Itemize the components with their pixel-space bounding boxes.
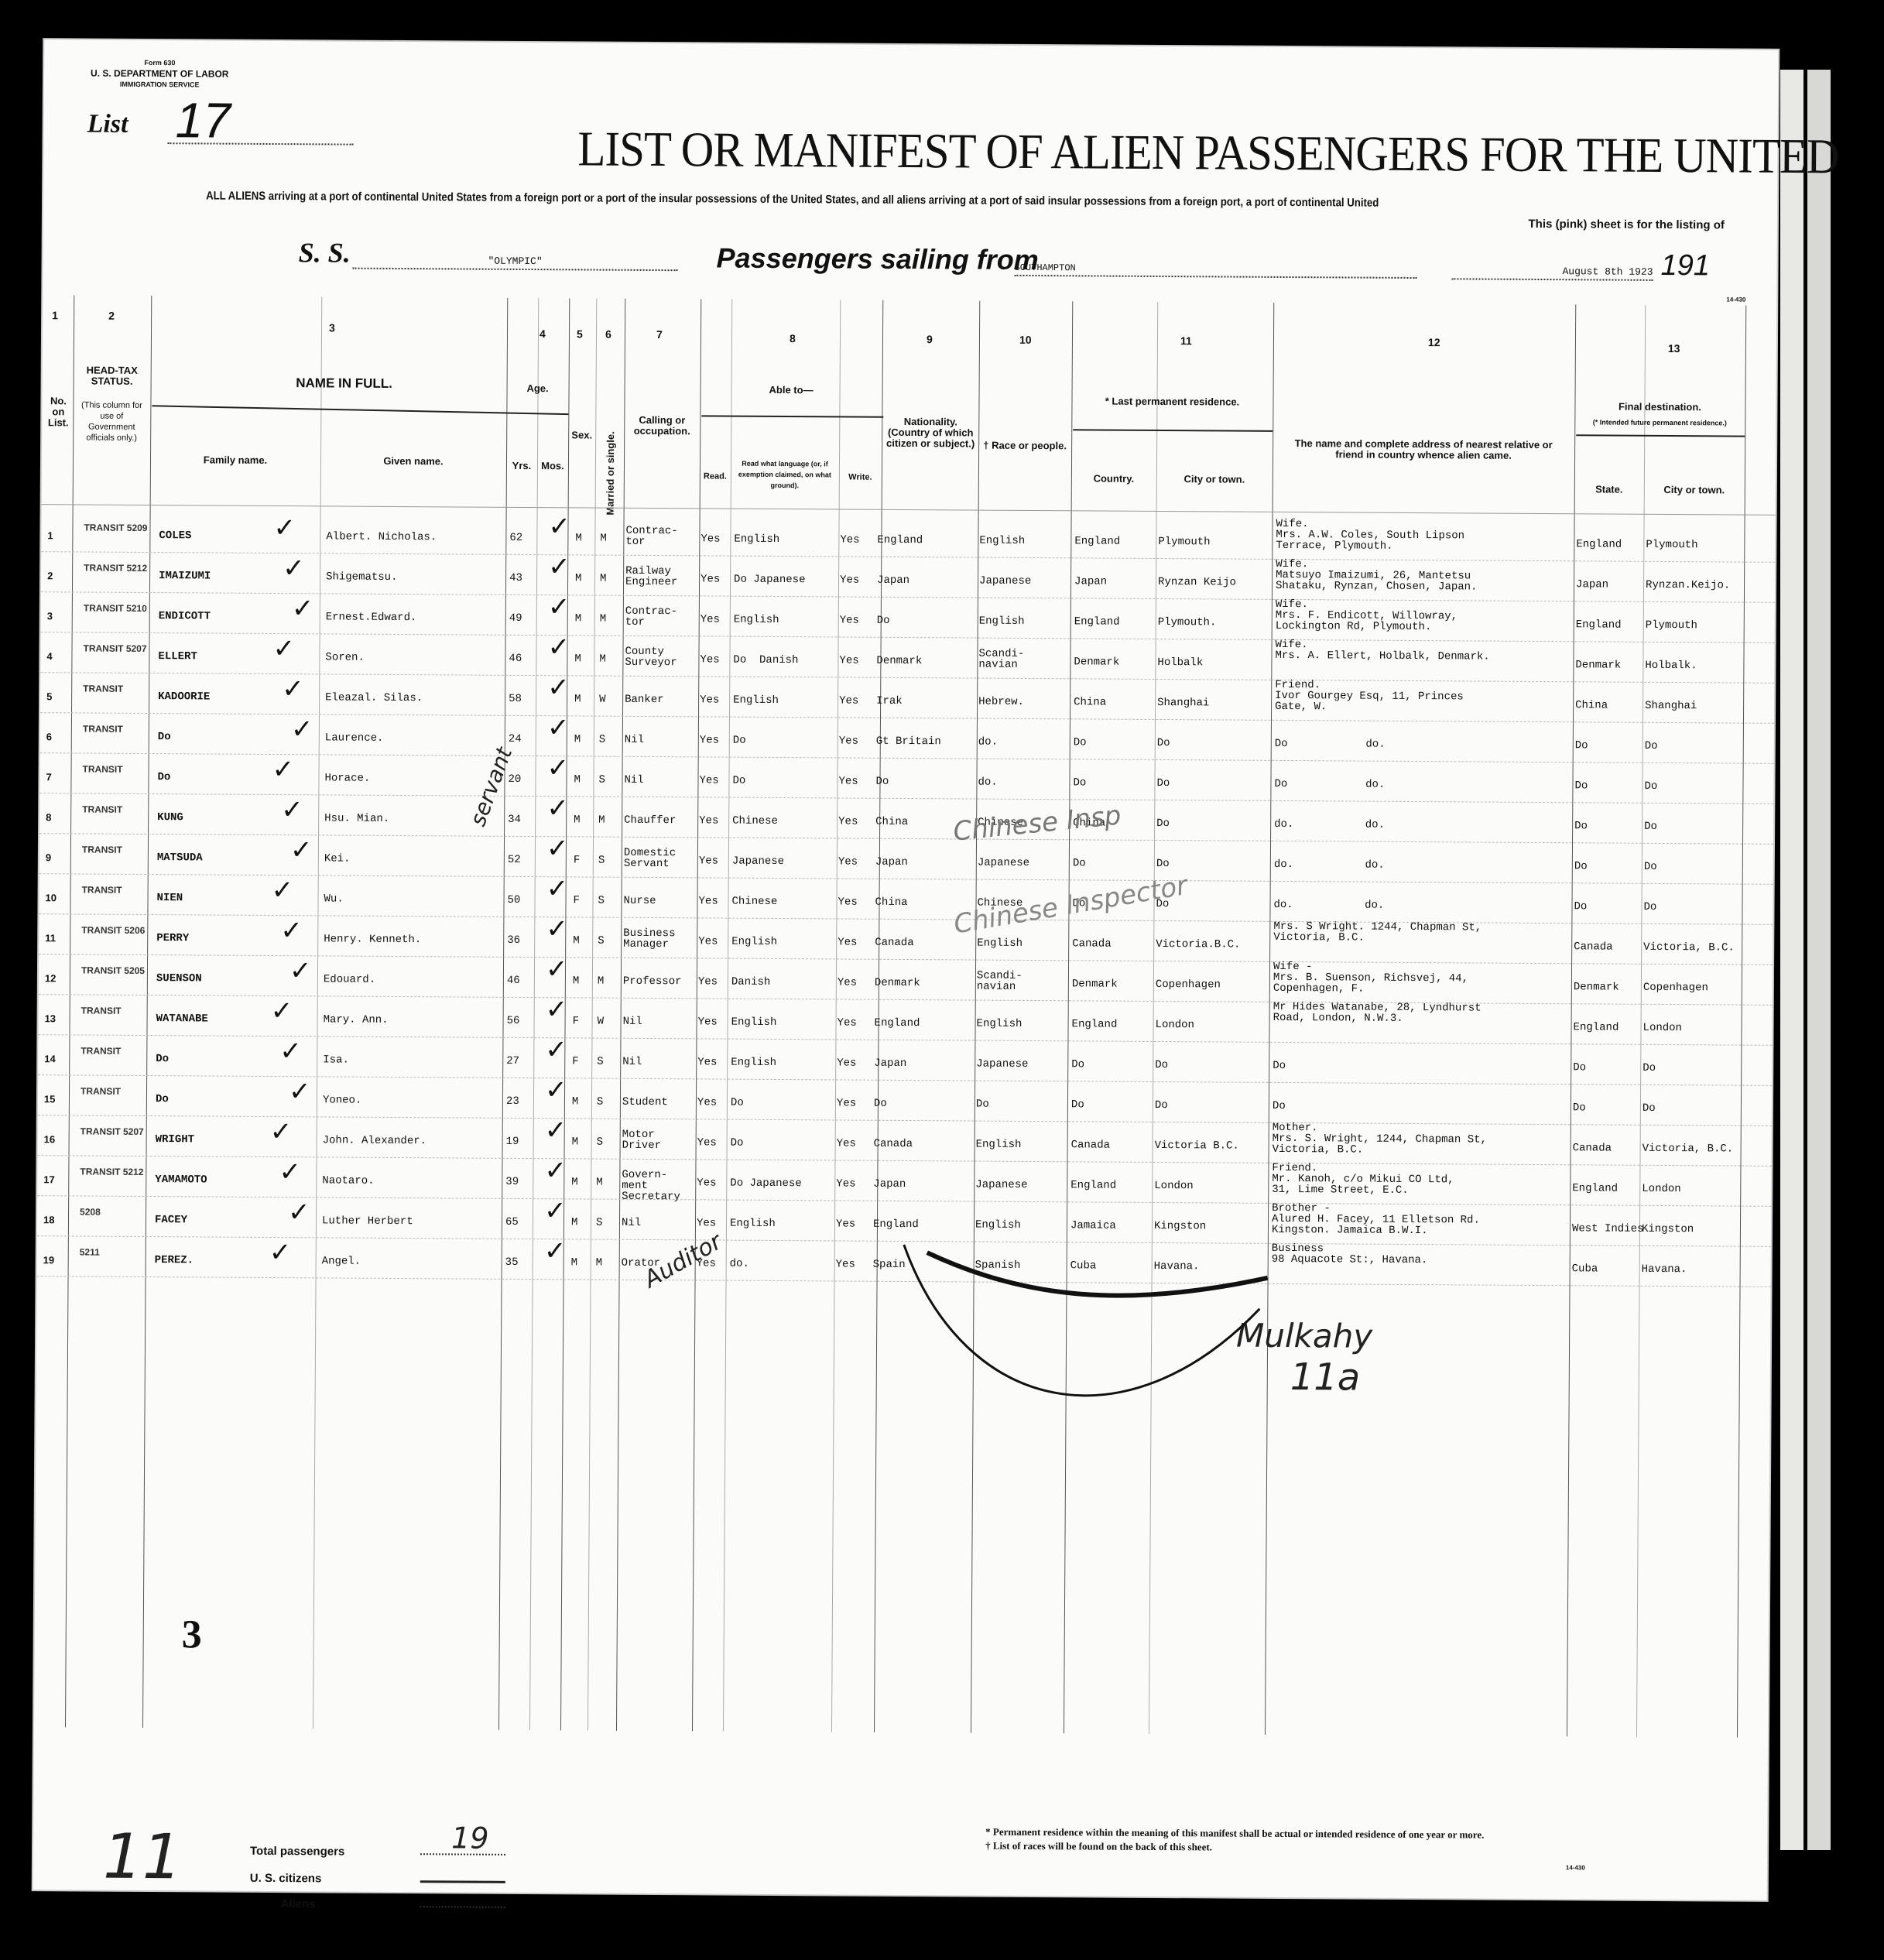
col-num-10: 10	[1019, 334, 1032, 346]
nearest-relative: Wife. Mrs. A. Ellert, Holbalk, Denmark.	[1275, 639, 1489, 663]
race: English	[979, 536, 1025, 547]
age-years: 19	[506, 1136, 519, 1147]
given-name: Yoneo.	[323, 1095, 362, 1105]
nationality: China	[875, 817, 908, 828]
marital-status: S	[597, 1057, 603, 1067]
occupation: Nil	[622, 1057, 642, 1067]
destination-state: Denmark	[1574, 982, 1619, 992]
row-number: 5	[46, 690, 52, 702]
race: do.	[978, 737, 998, 748]
checkmark-icon: ✓	[545, 1074, 567, 1105]
can-read: Yes	[700, 654, 719, 665]
race: English	[979, 616, 1025, 627]
destination-state: Do	[1573, 1062, 1586, 1073]
total-passengers-label: Total passengers	[250, 1845, 344, 1859]
nearest-relative: Mother. Mrs. S. Wright, 1244, Chapman St…	[1273, 1122, 1488, 1156]
nationality: Do	[875, 776, 889, 787]
row-number: 19	[43, 1254, 55, 1266]
nationality: Japan	[873, 1179, 906, 1190]
checkmark-icon: ✓	[269, 1237, 292, 1268]
family-name: COLES	[159, 530, 191, 541]
list-number: 17	[175, 91, 231, 149]
given-name: Soren.	[325, 652, 365, 663]
can-read: Yes	[697, 1097, 717, 1108]
row-number: 14	[44, 1053, 56, 1064]
head-tax-status: TRANSIT 5205	[81, 965, 145, 976]
residence-city: London	[1156, 1019, 1195, 1030]
checkmark-icon: ✓	[546, 994, 568, 1025]
can-write: Yes	[837, 1057, 856, 1068]
given-name: John. Alexander.	[323, 1135, 427, 1146]
read-language: Chinese	[732, 816, 778, 827]
destination-city: Plymouth	[1646, 540, 1697, 550]
family-name: Do	[158, 732, 171, 742]
residence-city: Copenhagen	[1156, 979, 1221, 991]
head-tax-status: TRANSIT	[82, 884, 122, 895]
sex: F	[572, 1056, 578, 1067]
residence-country: Do	[1071, 1099, 1084, 1110]
checkmark-icon: ✓	[548, 591, 570, 622]
residence-city: Do	[1157, 738, 1170, 749]
given-name: Horace.	[324, 773, 370, 783]
sex: M	[574, 774, 580, 785]
can-write: Yes	[839, 695, 858, 706]
given-name: Isa.	[323, 1054, 349, 1065]
sheet-code-top: 14-430	[1726, 296, 1745, 303]
race: Hebrew.	[978, 697, 1024, 708]
checkmark-icon: ✓	[271, 875, 293, 906]
col-num-8: 8	[790, 332, 796, 344]
header-last-residence: * Last permanent residence.	[1071, 396, 1273, 408]
race: English	[977, 1019, 1022, 1030]
sex: M	[573, 935, 579, 946]
family-name: FACEY	[155, 1215, 187, 1225]
sex: F	[573, 895, 579, 906]
header-married-single: Married or single.	[605, 399, 617, 516]
nearest-relative: do. do.	[1274, 819, 1385, 831]
residence-country: England	[1070, 1180, 1116, 1191]
occupation: Nil	[625, 735, 644, 745]
can-write: Yes	[838, 896, 857, 907]
age-years: 36	[507, 935, 520, 946]
age-years: 58	[509, 694, 522, 704]
residence-country: Canada	[1071, 1139, 1111, 1150]
marital-status: M	[600, 574, 606, 584]
can-read: Yes	[697, 1177, 716, 1188]
checkmark-icon: ✓	[289, 1076, 311, 1107]
checkmark-icon: ✓	[546, 752, 569, 783]
head-tax-status: TRANSIT 5212	[80, 1166, 143, 1177]
read-language: Do	[731, 1098, 744, 1108]
can-write: Yes	[838, 1017, 857, 1028]
residence-city: Do	[1156, 858, 1170, 869]
marital-status: M	[598, 815, 605, 826]
sex: M	[574, 653, 581, 664]
family-name: PERRY	[156, 933, 189, 944]
sheet-code-bottom: 14-430	[1566, 1864, 1585, 1871]
residence-country: Do	[1073, 777, 1086, 788]
row-number: 16	[44, 1133, 56, 1145]
destination-city: Do	[1644, 781, 1657, 792]
destination-city: London	[1643, 1023, 1683, 1033]
family-name: WATANABE	[156, 1013, 208, 1024]
age-years: 34	[508, 814, 521, 825]
given-name: Mary. Ann.	[324, 1014, 389, 1026]
marital-status: S	[598, 855, 605, 866]
sex: M	[572, 1136, 578, 1147]
header-family-name: Family name.	[158, 454, 313, 466]
age-years: 20	[508, 774, 521, 785]
header-calling: Calling or occupation.	[624, 415, 700, 437]
underlying-page-edge	[1780, 70, 1804, 1850]
residence-city: Plymouth	[1158, 536, 1210, 547]
given-name: Laurence.	[325, 732, 384, 743]
bottom-left-mark: 11	[103, 1821, 182, 1893]
destination-state: England	[1576, 539, 1622, 550]
underlying-page-edge	[1807, 70, 1831, 1850]
can-write: Yes	[839, 735, 858, 746]
can-write: Yes	[838, 776, 858, 786]
row-number: 17	[43, 1174, 55, 1185]
destination-city: Holbalk.	[1645, 660, 1697, 671]
can-write: Yes	[836, 1259, 855, 1270]
destination-state: England	[1574, 1022, 1619, 1033]
head-tax-status: TRANSIT 5210	[84, 603, 147, 615]
checkmark-icon: ✓	[547, 632, 570, 663]
residence-city: Holbalk	[1157, 657, 1203, 668]
row-number: 1	[47, 529, 53, 541]
row-number: 6	[46, 731, 52, 742]
residence-city: Victoria B.C.	[1155, 1140, 1239, 1152]
nationality: Denmark	[876, 656, 922, 666]
aliens-label: Aliens	[281, 1897, 316, 1910]
instructions-line: ALL ALIENS arriving at a port of contine…	[206, 189, 1541, 211]
col-num-6: 6	[605, 328, 611, 341]
residence-country: Denmark	[1072, 978, 1118, 989]
destination-city: Shanghai	[1645, 701, 1697, 711]
family-name: Do	[157, 772, 170, 783]
given-name: Eleazal. Silas.	[325, 692, 423, 704]
age-years: 52	[508, 855, 521, 865]
sex: M	[575, 533, 581, 543]
residence-country: Do	[1071, 1059, 1084, 1070]
checkmark-icon: ✓	[281, 794, 303, 825]
destination-city: Plymouth	[1646, 620, 1697, 631]
checkmark-icon: ✓	[288, 1197, 310, 1228]
head-tax-status: TRANSIT 5207	[83, 643, 146, 655]
marital-status: S	[598, 896, 604, 906]
checkmark-icon: ✓	[544, 1155, 567, 1186]
nearest-relative: Wife. Mrs. A.W. Coles, South Lipson Terr…	[1276, 519, 1464, 552]
marital-status: M	[600, 614, 606, 625]
residence-country: Denmark	[1074, 656, 1119, 667]
marital-status: M	[599, 654, 605, 665]
header-months: Mos.	[537, 461, 568, 471]
marital-status: S	[596, 1218, 602, 1228]
destination-city: Do	[1643, 1063, 1656, 1074]
read-language: Do	[731, 1138, 744, 1149]
nationality: Japan	[875, 857, 908, 868]
header-relative: The name and complete address of nearest…	[1280, 438, 1567, 461]
destination-state: Japan	[1576, 579, 1608, 590]
marital-status: M	[596, 1177, 602, 1188]
age-years: 46	[507, 975, 520, 986]
destination-city: Do	[1643, 1103, 1656, 1114]
header-name-in-full: NAME IN FULL.	[151, 377, 538, 390]
checkmark-icon: ✓	[548, 511, 570, 542]
occupation: Railway Engineer	[625, 566, 677, 588]
nearest-relative: Do	[1273, 1101, 1286, 1112]
checkmark-icon: ✓	[545, 1034, 567, 1065]
marital-status: S	[599, 735, 605, 745]
checkmark-icon: ✓	[280, 915, 303, 946]
head-tax-status: TRANSIT	[80, 1045, 121, 1056]
marital-status: M	[596, 1258, 602, 1269]
family-name: ENDICOTT	[159, 611, 211, 622]
sex: M	[572, 1096, 578, 1107]
nationality: England	[877, 535, 923, 546]
sex: F	[574, 855, 580, 865]
destination-city: Do	[1645, 741, 1658, 752]
checkmark-icon: ✓	[547, 712, 570, 743]
ship-name: "OLYMPIC"	[353, 255, 678, 272]
occupation: Professor	[623, 976, 682, 987]
nationality: Japan	[877, 575, 909, 586]
destination-state: Do	[1574, 780, 1588, 791]
nearest-relative: Wife. Mrs. F. Endicott, Willowray, Locki…	[1276, 599, 1458, 632]
header-read: Read.	[700, 471, 731, 481]
family-name: KUNG	[157, 812, 183, 823]
age-years: 39	[505, 1177, 519, 1187]
can-read: Yes	[701, 614, 720, 625]
can-write: Yes	[838, 977, 857, 988]
can-write: Yes	[836, 1218, 855, 1229]
instructions-line-2: This (pink) sheet is for the listing of	[1528, 218, 1724, 232]
race: Japanese	[979, 576, 1031, 587]
nationality: Irak	[876, 696, 903, 707]
checkmark-icon: ✓	[282, 673, 304, 704]
col-num-7: 7	[656, 328, 663, 341]
age-years: 35	[505, 1257, 519, 1268]
can-read: Yes	[699, 775, 718, 786]
nearest-relative: Friend. Ivor Gourgey Esq, 11, Princes Ga…	[1275, 680, 1464, 713]
age-years: 50	[507, 895, 520, 906]
row-number: 3	[47, 610, 53, 622]
given-name: Ernest.Edward.	[326, 612, 417, 623]
department: U. S. DEPARTMENT OF LABOR	[91, 68, 229, 80]
header-no-on-list: No. on List.	[43, 396, 73, 428]
ink-curve-icon	[872, 1214, 1307, 1448]
occupation: Nil	[624, 775, 643, 786]
family-name: MATSUDA	[157, 852, 203, 863]
nationality: England	[875, 1018, 920, 1029]
destination-city: Do	[1644, 821, 1657, 832]
header-final-destination-note: (* Intended future permanent residence.)	[1574, 416, 1745, 428]
read-language: English	[731, 937, 777, 947]
page-title: LIST OR MANIFEST OF ALIEN PASSENGERS FOR…	[577, 120, 1839, 185]
row-number: 15	[44, 1093, 56, 1105]
manifest-sheet: Form 630 U. S. DEPARTMENT OF LABOR IMMIG…	[33, 39, 1779, 1900]
checkmark-icon: ✓	[272, 633, 295, 664]
occupation: Chauffer	[624, 815, 676, 826]
sex: M	[571, 1217, 577, 1228]
sex: M	[574, 814, 580, 825]
residence-city: Shanghai	[1157, 697, 1209, 708]
given-name: Henry. Kenneth.	[324, 934, 421, 945]
us-citizens-label: U. S. citizens	[250, 1872, 322, 1886]
read-language: English	[734, 534, 779, 545]
head-tax-status: TRANSIT	[81, 1005, 122, 1016]
col-num-9: 9	[927, 333, 933, 345]
row-number: 12	[45, 972, 57, 984]
destination-state: Do	[1573, 1102, 1586, 1113]
page-marker: 3	[182, 1612, 202, 1657]
destination-city: London	[1642, 1184, 1681, 1194]
nationality: Japan	[874, 1058, 906, 1069]
marital-status: W	[598, 1016, 604, 1027]
family-name: KADOORIE	[158, 691, 210, 702]
family-name: PEREZ.	[155, 1255, 194, 1266]
race: Scandi- navian	[978, 649, 1024, 670]
checkmark-icon: ✓	[544, 1235, 567, 1266]
read-language: Chinese	[731, 896, 777, 907]
marital-status: W	[599, 694, 605, 705]
occupation: Domestic Servant	[624, 848, 676, 869]
can-read: Yes	[701, 533, 720, 544]
can-write: Yes	[840, 574, 859, 585]
family-name: ELLERT	[158, 651, 197, 662]
can-read: Yes	[697, 1057, 717, 1067]
nationality: Denmark	[875, 978, 920, 989]
age-years: 27	[506, 1056, 519, 1067]
age-years: 49	[509, 613, 522, 624]
head-tax-status: TRANSIT	[83, 763, 123, 774]
col-num-1: 1	[52, 309, 58, 321]
row-number: 13	[45, 1013, 57, 1024]
checkmark-icon: ✓	[548, 551, 570, 582]
header-state: State.	[1574, 484, 1644, 495]
can-write: Yes	[838, 856, 858, 867]
list-label: List	[87, 110, 128, 139]
read-language: do.	[730, 1259, 749, 1270]
residence-country: England	[1074, 536, 1120, 547]
occupation: Nurse	[623, 896, 656, 906]
nearest-relative: Wife. Matsuyo Imaizumi, 26, Mantetsu Sha…	[1276, 559, 1478, 593]
read-language: Do Japanese	[734, 574, 806, 586]
col-num-4: 4	[540, 327, 546, 340]
destination-city: Copenhagen	[1643, 982, 1708, 994]
nearest-relative: do. do.	[1273, 899, 1384, 911]
row-number: 11	[45, 932, 56, 944]
form-header: Form 630 U. S. DEPARTMENT OF LABOR IMMIG…	[91, 57, 229, 91]
residence-country: England	[1074, 616, 1120, 627]
family-name: NIEN	[157, 893, 183, 903]
occupation: Banker	[625, 694, 664, 705]
destination-state: Cuba	[1572, 1263, 1598, 1274]
destination-state: China	[1575, 700, 1608, 711]
passenger-rows: 1TRANSIT 5209✓✓COLESAlbert. Nicholas.62M…	[43, 295, 1776, 306]
col-num-5: 5	[577, 327, 583, 340]
given-name: Albert. Nicholas.	[326, 531, 437, 543]
marital-status: M	[600, 533, 606, 544]
nearest-relative: Wife - Mrs. B. Suenson, Richsvej, 44, Co…	[1273, 961, 1468, 995]
residence-city: Victoria.B.C.	[1156, 939, 1240, 951]
col-num-2: 2	[108, 310, 115, 322]
header-write: Write.	[839, 471, 882, 482]
can-write: Yes	[840, 534, 859, 545]
checkmark-icon: ✓	[546, 913, 568, 944]
checkmark-icon: ✓	[289, 955, 312, 986]
family-name: YAMAMOTO	[155, 1174, 207, 1185]
marital-status: S	[598, 936, 604, 947]
race: English	[976, 1139, 1022, 1150]
given-name: Kei.	[324, 853, 351, 864]
destination-city: Victoria, B.C.	[1643, 942, 1735, 954]
header-able-to: Able to—	[701, 384, 882, 396]
nationality: Canada	[874, 1139, 913, 1150]
sailing-date: August 8th 1923	[1451, 265, 1653, 281]
sex: F	[573, 1016, 579, 1026]
given-name: Naotaro.	[322, 1175, 374, 1186]
can-read: Yes	[701, 574, 720, 584]
footnote-residence: * Permanent residence within the meaning…	[985, 1826, 1484, 1842]
nationality: Gt Britain	[876, 736, 941, 748]
destination-state: England	[1576, 619, 1622, 630]
sailing-label: Passengers sailing from	[716, 242, 1038, 276]
checkmark-icon: ✓	[545, 1115, 567, 1146]
read-language: English	[730, 1218, 776, 1229]
head-tax-status: TRANSIT 5206	[81, 924, 145, 936]
can-write: Yes	[838, 937, 857, 947]
marital-status: M	[598, 976, 604, 987]
destination-state: England	[1572, 1183, 1618, 1194]
col-num-11: 11	[1180, 334, 1192, 347]
head-tax-status: TRANSIT	[82, 804, 122, 814]
checkmark-icon: ✓	[279, 1036, 302, 1067]
sex: M	[575, 573, 581, 584]
destination-state: Do	[1575, 740, 1588, 751]
nearest-relative: Friend. Mr. Kanoh, c/o Mikui CO Ltd, 31,…	[1272, 1163, 1454, 1196]
header-head-tax: HEAD-TAX STATUS.	[77, 365, 148, 387]
checkmark-icon: ✓	[279, 1156, 301, 1187]
head-tax-status: TRANSIT	[82, 844, 122, 855]
can-read: Yes	[699, 815, 718, 826]
destination-state: West Indies	[1572, 1223, 1644, 1235]
checkmark-icon: ✓	[271, 995, 293, 1026]
nationality: China	[875, 897, 907, 908]
nearest-relative: do. do.	[1274, 859, 1385, 871]
read-language: Japanese	[732, 856, 784, 867]
residence-city: Do	[1155, 1060, 1168, 1071]
residence-city: London	[1154, 1180, 1194, 1191]
col-num-13: 13	[1668, 342, 1680, 355]
row-number: 7	[46, 771, 51, 783]
header-age: Age.	[507, 383, 569, 394]
occupation: Nil	[622, 1218, 641, 1228]
sex: M	[571, 1257, 577, 1268]
row-number: 4	[46, 650, 52, 662]
family-name: WRIGHT	[156, 1134, 195, 1145]
nearest-relative: Mrs. S Wright. 1244, Chapman St, Victori…	[1273, 921, 1482, 944]
family-name: IMAIZUMI	[159, 571, 211, 581]
header-head-tax-note: (This column for use of Government offic…	[76, 399, 147, 444]
occupation: Student	[622, 1097, 668, 1108]
age-years: 46	[509, 653, 522, 664]
destination-state: Denmark	[1575, 660, 1621, 670]
checkmark-icon: ✓	[546, 833, 569, 864]
residence-country: England	[1072, 1019, 1118, 1030]
can-read: Yes	[698, 936, 718, 947]
